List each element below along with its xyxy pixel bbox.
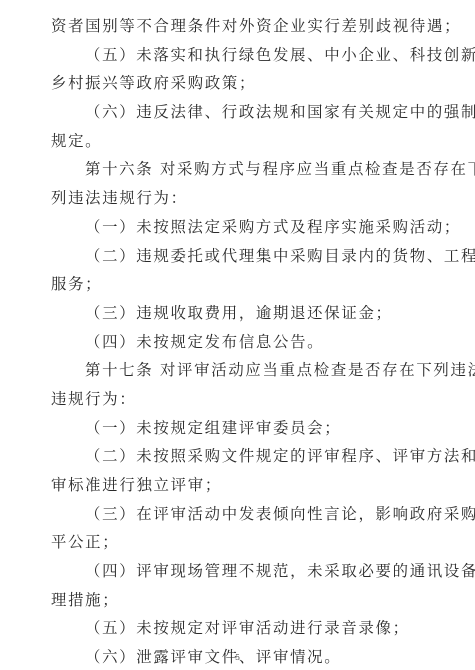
article-17-item-3: （三）在评审活动中发表倾向性言论，影响政府采购公: [51, 500, 431, 529]
article-17-item-4-cont: 理措施；: [51, 586, 431, 615]
article-16-item-4: （四）未按规定发布信息公告。: [51, 328, 431, 357]
article-16-item-2-cont: 服务；: [51, 270, 431, 299]
article-17-item-5: （五）未按规定对评审活动进行录音录像；: [51, 614, 431, 643]
item-5-policy: （五）未落实和执行绿色发展、中小企业、科技创新、: [51, 41, 431, 70]
document-page: 资者国别等不合理条件对外资企业实行差别歧视待遇； （五）未落实和执行绿色发展、中…: [51, 12, 431, 670]
article-16-item-2: （二）违规委托或代理集中采购目录内的货物、工程和: [51, 242, 431, 271]
article-17-item-4: （四）评审现场管理不规范，未采取必要的通讯设备管: [51, 557, 431, 586]
article-16-heading-cont: 列违法违规行为：: [51, 184, 431, 213]
page-number: 5: [0, 653, 475, 662]
article-17-item-1: （一）未按规定组建评审委员会；: [51, 414, 431, 443]
item-5-policy-cont: 乡村振兴等政府采购政策；: [51, 69, 431, 98]
article-17-item-2-cont: 审标准进行独立评审；: [51, 471, 431, 500]
item-6-mandatory: （六）违反法律、行政法规和国家有关规定中的强制性: [51, 98, 431, 127]
article-17-heading-cont: 违规行为：: [51, 385, 431, 414]
text-line-continuation-item-4-prev: 资者国别等不合理条件对外资企业实行差别歧视待遇；: [51, 12, 431, 41]
item-6-mandatory-cont: 规定。: [51, 127, 431, 156]
article-16-item-1: （一）未按照法定采购方式及程序实施采购活动；: [51, 213, 431, 242]
article-16-heading: 第十六条 对采购方式与程序应当重点检查是否存在下: [51, 155, 431, 184]
article-17-item-2: （二）未按照采购文件规定的评审程序、评审方法和评: [51, 442, 431, 471]
article-16-item-3: （三）违规收取费用，逾期退还保证金；: [51, 299, 431, 328]
article-17-item-3-cont: 平公正；: [51, 528, 431, 557]
article-17-heading: 第十七条 对评审活动应当重点检查是否存在下列违法: [51, 356, 431, 385]
